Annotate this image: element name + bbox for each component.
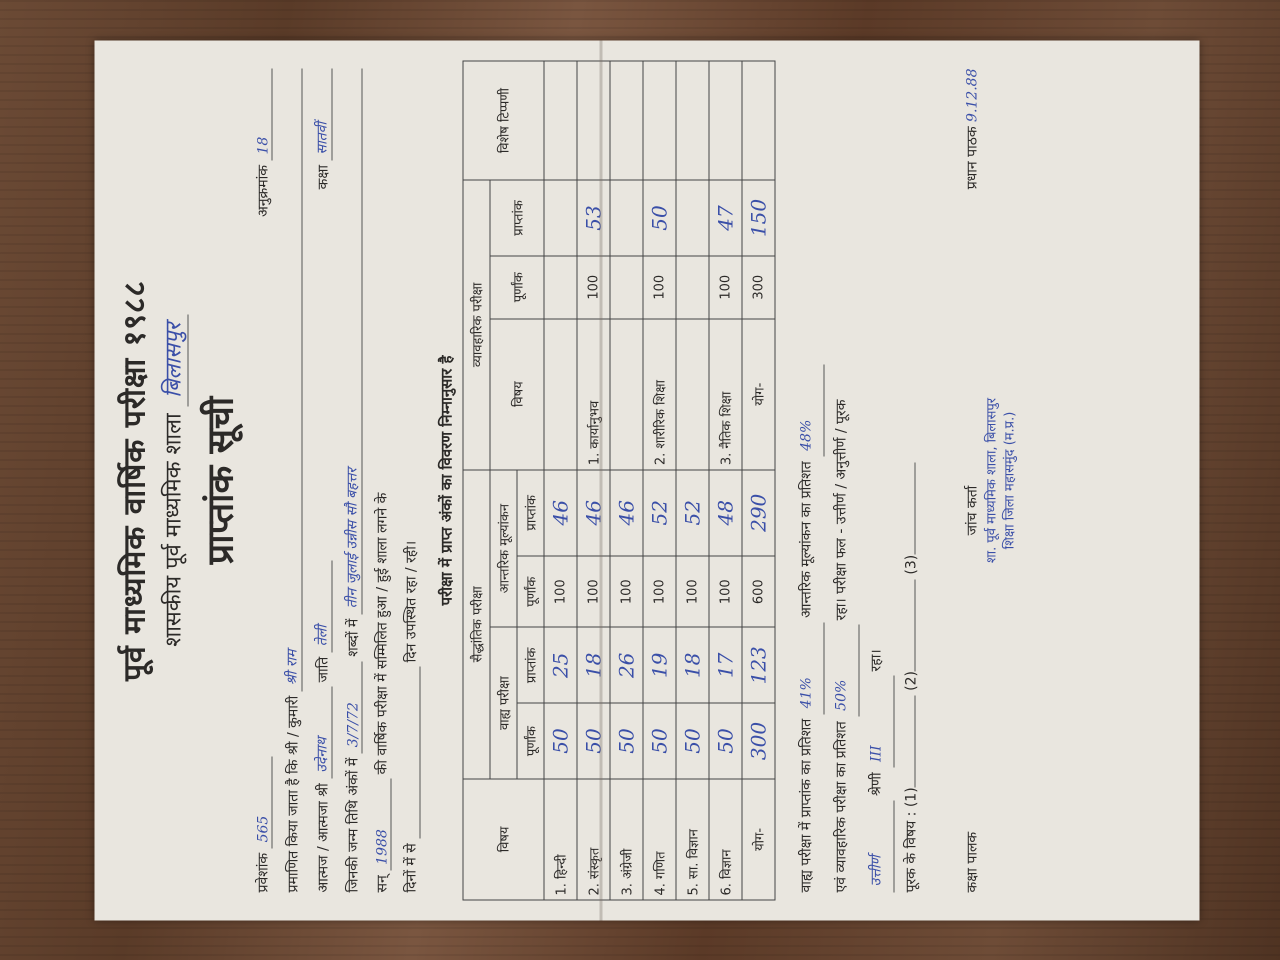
- external-percent: 41%: [790, 622, 825, 714]
- dob-row: जिनकी जन्म तिथि अंकों में 3/7/72 शब्दों …: [343, 41, 363, 921]
- total-row: योग- 300 123 600 290 योग- 300 150: [742, 61, 775, 900]
- document-header: पूर्व माध्यमिक वार्षिक परीक्षा १९८८ शासक…: [95, 41, 244, 921]
- parent-row: आत्मज / आत्मजा श्री उदेनाथ जाति तेली कक्…: [313, 41, 333, 921]
- school-stamp: शा. पूर्व माध्यमिक शाला, बिलासपुर शिक्षा…: [982, 41, 1018, 921]
- entry-row: प्रवेशांक 565 अनुक्रमांक 18: [254, 41, 273, 921]
- student-name: श्री राम: [283, 69, 303, 692]
- exam-title: पूर्व माध्यमिक वार्षिक परीक्षा १९८८: [113, 41, 154, 921]
- table-caption: परीक्षा में प्राप्त अंकों का विवरण निम्न…: [437, 41, 457, 921]
- year-row: सन् 1988 की वार्षिक परीक्षा में सम्मिलित…: [373, 41, 392, 921]
- teacher-signature: कक्षा पालक: [963, 832, 982, 893]
- table-row: 1. हिन्दी502510046: [544, 61, 577, 900]
- checker-signature: जांच कर्ता: [963, 486, 982, 536]
- summary-section: वाह्य परीक्षा में प्राप्तांक का प्रतिशत …: [776, 41, 943, 921]
- result-value: उत्तीर्ण: [860, 801, 895, 893]
- signature-row: कक्षा पालक जांच कर्ता प्रधान पाठक 9.12.8…: [963, 41, 982, 921]
- exam-year: 1988: [375, 779, 392, 871]
- serial-number: 18: [256, 69, 273, 161]
- table-row: 6. विज्ञान5017100483. नैतिक शिक्षा10047: [709, 61, 742, 900]
- internal-percent: 48%: [790, 365, 825, 457]
- marks-table: विषय सैद्धांतिक परीक्षा व्यावहारिक परीक्…: [463, 61, 776, 901]
- dob-words: तीन जुलाई उन्नीस सौ बहत्तर: [343, 69, 363, 615]
- practical-percent: 50%: [825, 625, 860, 717]
- document-title: प्राप्तांक सूची: [195, 41, 244, 921]
- marksheet-paper: पूर्व माध्यमिक वार्षिक परीक्षा १९८८ शासक…: [95, 41, 1200, 921]
- parent-name: उदेनाथ: [313, 687, 333, 779]
- class-value: सातवीं: [313, 69, 333, 161]
- table-row: 2. संस्कृत5018100461. कार्यानुभव10053: [577, 61, 610, 900]
- document-photo: पूर्व माध्यमिक वार्षिक परीक्षा १९८८ शासक…: [95, 40, 1200, 920]
- paper-fold-line: [600, 41, 603, 921]
- school-name: बिलासपुर: [158, 314, 189, 406]
- caste: तेली: [313, 560, 333, 652]
- attendance-row: दिनों में से दिन उपस्थित रहा / रही।: [402, 41, 421, 921]
- table-row: 5. सा. विज्ञान501810052: [676, 61, 709, 900]
- table-row: 3. अंग्रेजी502610046: [610, 61, 643, 900]
- school-line: शासकीय पूर्व माध्यमिक शाला बिलासपुर: [158, 41, 189, 921]
- student-row: प्रमाणित किया जाता है कि श्री / कुमारी श…: [283, 41, 303, 921]
- entry-number: 565: [256, 756, 273, 848]
- table-row: 4. गणित5019100522. शारीरिक शिक्षा10050: [643, 61, 676, 900]
- days-blank: [420, 667, 421, 839]
- division-value: III: [860, 676, 895, 768]
- dob-digits: 3/7/72: [346, 661, 363, 753]
- principal-signature: प्रधान पाठक 9.12.88: [963, 69, 982, 190]
